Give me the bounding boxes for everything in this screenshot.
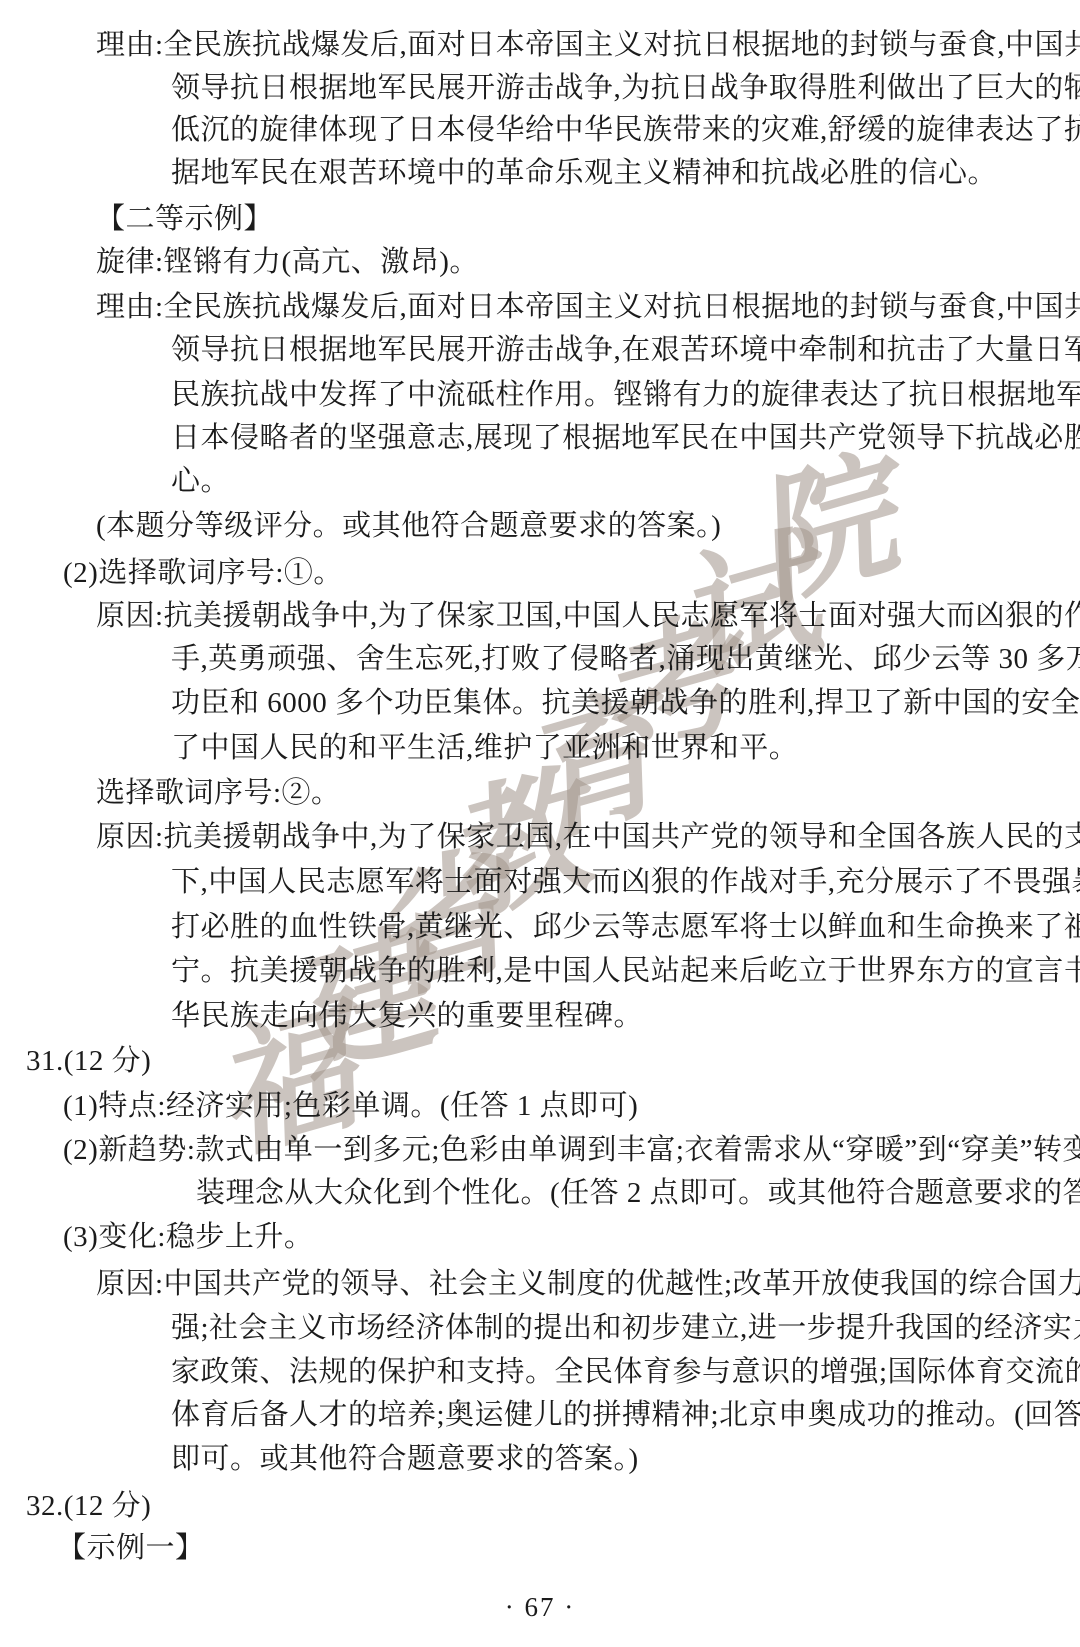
page-number: · 67 ·: [0, 1592, 1080, 1623]
text-line: 日本侵略者的坚强意志,展现了根据地军民在中国共产党领导下抗战必胜的信: [171, 420, 1080, 456]
text-line: 【示例一】: [57, 1530, 205, 1566]
text-line: (2)选择歌词序号:①。: [63, 555, 343, 591]
text-line: 民族抗战中发挥了中流砥柱作用。铿锵有力的旋律表达了抗日根据地军民打击: [171, 377, 1080, 413]
text-line: 即可。或其他符合题意要求的答案。): [171, 1441, 639, 1477]
text-line: 32.(12 分): [26, 1488, 151, 1524]
text-line: 理由:全民族抗战爆发后,面对日本帝国主义对抗日根据地的封锁与蚕食,中国共产党: [96, 27, 1080, 63]
text-line: 领导抗日根据地军民展开游击战争,在艰苦环境中牵制和抗击了大量日军,在全: [171, 332, 1080, 368]
text-line: 了中国人民的和平生活,维护了亚洲和世界和平。: [171, 730, 798, 766]
text-line: 理由:全民族抗战爆发后,面对日本帝国主义对抗日根据地的封锁与蚕食,中国共产党: [96, 289, 1080, 325]
text-line: 【二等示例】: [96, 201, 273, 237]
text-line: 功臣和 6000 多个功臣集体。抗美援朝战争的胜利,捍卫了新中国的安全,保卫: [171, 685, 1080, 721]
text-line: 华民族走向伟大复兴的重要里程碑。: [171, 998, 643, 1034]
answer-text-layer: 理由:全民族抗战爆发后,面对日本帝国主义对抗日根据地的封锁与蚕食,中国共产党领导…: [0, 0, 1080, 1647]
text-line: (本题分等级评分。或其他符合题意要求的答案。): [96, 508, 721, 544]
text-line: 31.(12 分): [26, 1043, 151, 1079]
text-line: 下,中国人民志愿军将士面对强大而凶狠的作战对手,充分展示了不畏强暴、敢: [171, 864, 1080, 900]
text-line: 强;社会主义市场经济体制的提出和初步建立,进一步提升我国的经济实力;国: [171, 1310, 1080, 1346]
text-line: (1)特点:经济实用;色彩单调。(任答 1 点即可): [63, 1088, 638, 1124]
text-line: 体育后备人才的培养;奥运健儿的拼搏精神;北京申奥成功的推动。(回答 3 点: [171, 1397, 1080, 1433]
text-line: (3)变化:稳步上升。: [63, 1219, 313, 1255]
text-line: (2)新趋势:款式由单一到多元;色彩由单调到丰富;衣着需求从“穿暖”到“穿美”转…: [63, 1132, 1080, 1168]
text-line: 原因:抗美援朝战争中,为了保家卫国,中国人民志愿军将士面对强大而凶狠的作战对: [96, 598, 1080, 634]
text-line: 原因:抗美援朝战争中,为了保家卫国,在中国共产党的领导和全国各族人民的支持: [96, 819, 1080, 855]
exam-answer-page: 福建省教育考试院 理由:全民族抗战爆发后,面对日本帝国主义对抗日根据地的封锁与蚕…: [0, 0, 1080, 1647]
text-line: 心。: [171, 463, 230, 499]
text-line: 家政策、法规的保护和支持。全民体育参与意识的增强;国际体育交流的推动;: [171, 1354, 1080, 1390]
text-line: 旋律:铿锵有力(高亢、激昂)。: [96, 244, 479, 280]
text-line: 原因:中国共产党的领导、社会主义制度的优越性;改革开放使我国的综合国力持续增: [96, 1266, 1080, 1302]
text-line: 打必胜的血性铁骨,黄继光、邱少云等志愿军将士以鲜血和生命换来了祖国的安: [171, 909, 1080, 945]
text-line: 选择歌词序号:②。: [96, 775, 341, 811]
text-line: 宁。抗美援朝战争的胜利,是中国人民站起来后屹立于世界东方的宣言书,是中: [171, 953, 1080, 989]
text-line: 手,英勇顽强、舍生忘死,打败了侵略者,涌现出黄继光、邱少云等 30 多万名英雄: [171, 641, 1080, 677]
text-line: 装理念从大众化到个性化。(任答 2 点即可。或其他符合题意要求的答案。): [196, 1175, 1080, 1211]
text-line: 低沉的旋律体现了日本侵华给中华民族带来的灾难,舒缓的旋律表达了抗日根: [171, 112, 1080, 148]
text-line: 领导抗日根据地军民展开游击战争,为抗日战争取得胜利做出了巨大的牺牲。: [171, 70, 1080, 106]
text-line: 据地军民在艰苦环境中的革命乐观主义精神和抗战必胜的信心。: [171, 155, 997, 191]
